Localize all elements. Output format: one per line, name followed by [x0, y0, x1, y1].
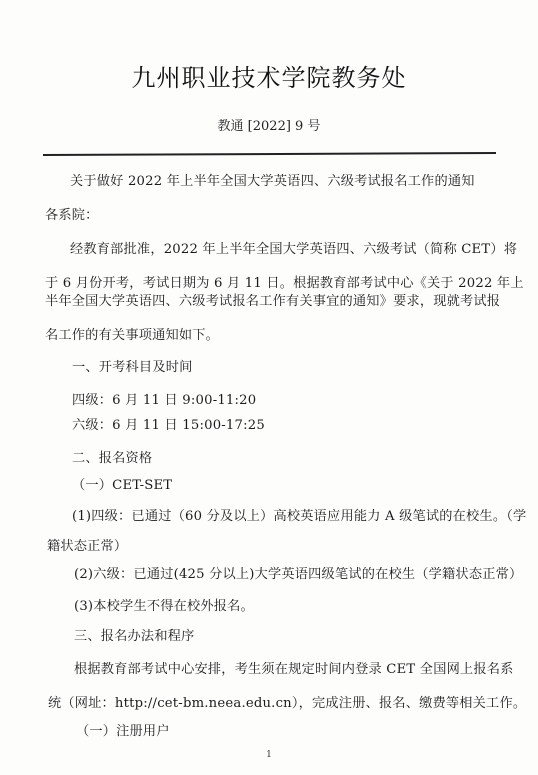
body-text-line: 根据教育部考试中心安排，考生须在规定时间内登录 CET 全国网上报名系 [74, 658, 514, 677]
body-text-line: 六级：6 月 11 日 15:00-17:25 [72, 414, 265, 433]
body-text-line: （一）CET-SET [72, 474, 172, 493]
body-text-line: 于 6 月份开考，考试日期为 6 月 11 日。根据教育部考试中心《关于 202… [45, 272, 524, 291]
document-number: 教通 [2022] 9 号 [0, 115, 538, 134]
body-text-line: 半年全国大学英语四、六级考试报名工作有关事宜的通知》要求，现就考试报 [45, 290, 500, 309]
issuer-title: 九州职业技术学院教务处 [0, 58, 538, 93]
body-text-line: 四级：6 月 11 日 9:00-11:20 [72, 389, 256, 408]
body-text-line: 籍状态正常） [47, 535, 127, 554]
body-text-line: (3)本校学生不得在校外报名。 [74, 595, 254, 614]
page-number: 1 [0, 750, 538, 760]
body-text-line: 经教育部批准，2022 年上半年全国大学英语四、六级考试（简称 CET）将 [70, 238, 517, 257]
body-text-line: （一）注册用户 [76, 720, 170, 739]
body-text-line: 统（网址：http://cet-bm.neea.edu.cn），完成注册、报名、… [48, 692, 526, 711]
body-text-line: 关于做好 2022 年上半年全国大学英语四、六级考试报名工作的通知 [70, 170, 475, 189]
header-divider [43, 152, 496, 156]
body-text-line: 各系院： [45, 204, 99, 223]
body-text-line: (2)六级：已通过(425 分以上)大学英语四级笔试的在校生（学籍状态正常） [74, 563, 522, 582]
body-text-line: 一、开考科目及时间 [72, 356, 193, 375]
body-text-line: 二、报名资格 [72, 447, 152, 466]
body-text-line: 三、报名办法和程序 [74, 625, 195, 644]
body-text-line: 名工作的有关事项通知如下。 [45, 324, 219, 343]
body-text-line: (1)四级：已通过（60 分及以上）高校英语应用能力 A 级笔试的在校生。（学 [72, 505, 526, 524]
